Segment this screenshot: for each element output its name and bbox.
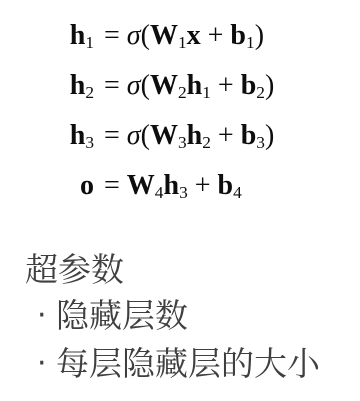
- equation-token: b: [241, 120, 257, 151]
- notes-heading: 超参数: [25, 248, 320, 292]
- equation-subscript: 4: [233, 184, 242, 203]
- equation-token: ): [265, 120, 274, 151]
- equation-subscript: 2: [256, 83, 265, 102]
- equation-lhs: h2: [30, 64, 94, 114]
- equation-line: h2= σ(W2h1 + b2): [30, 64, 274, 114]
- equation-lhs: o: [30, 164, 94, 214]
- equation-token: W: [150, 120, 178, 151]
- equation-lhs: h3: [30, 114, 94, 164]
- equation-token: =: [104, 170, 127, 201]
- bullet-icon: ·: [37, 340, 56, 388]
- equation-token: h: [70, 20, 86, 51]
- equation-token: h: [70, 70, 86, 101]
- equation-token: W: [150, 20, 178, 51]
- equation-lhs: h1: [30, 14, 94, 64]
- slide: { "colors": { "background": "#ffffff", "…: [0, 0, 360, 401]
- equation-token: σ: [127, 70, 141, 101]
- equation-subscript: 2: [202, 133, 211, 152]
- equation-token: +: [211, 70, 241, 101]
- equation-subscript: 1: [85, 33, 94, 52]
- equation-token: b: [230, 20, 246, 51]
- equation-token: =: [104, 120, 127, 151]
- equation-rhs: = W4h3 + b4: [104, 164, 242, 214]
- equation-token: x: [187, 20, 201, 51]
- equation-token: +: [211, 120, 241, 151]
- list-item-label: 隐藏层数: [56, 292, 188, 340]
- equation-token: h: [163, 170, 179, 201]
- equation-token: h: [187, 120, 203, 151]
- equation-line: h3= σ(W3h2 + b3): [30, 114, 274, 164]
- equation-subscript: 2: [85, 83, 94, 102]
- equation-token: h: [70, 120, 86, 151]
- equation-token: σ: [127, 20, 141, 51]
- equation-token: +: [188, 170, 218, 201]
- equation-rhs: = σ(W3h2 + b3): [104, 114, 274, 164]
- equation-token: +: [201, 20, 231, 51]
- equation-subscript: 3: [179, 184, 188, 203]
- equation-block: h1= σ(W1x + b1)h2= σ(W2h1 + b2)h3= σ(W3h…: [30, 14, 274, 215]
- notes-section: 超参数 · 隐藏层数 · 每层隐藏层的大小: [25, 248, 320, 388]
- equation-line: o= W4h3 + b4: [30, 164, 274, 214]
- equation-token: σ: [127, 120, 141, 151]
- list-item: · 隐藏层数: [25, 292, 320, 340]
- equation-token: o: [80, 170, 94, 201]
- notes-list: · 隐藏层数 · 每层隐藏层的大小: [25, 292, 320, 388]
- list-item-label: 每层隐藏层的大小: [56, 340, 320, 388]
- equation-token: h: [187, 70, 203, 101]
- equation-rhs: = σ(W2h1 + b2): [104, 64, 274, 114]
- equation-token: =: [104, 70, 127, 101]
- equation-token: W: [127, 170, 155, 201]
- equation-subscript: 3: [256, 133, 265, 152]
- equation-subscript: 1: [202, 83, 211, 102]
- equation-token: (: [141, 70, 150, 101]
- bullet-icon: ·: [37, 292, 56, 340]
- equation-subscript: 1: [246, 33, 255, 52]
- equation-token: b: [241, 70, 257, 101]
- list-item: · 每层隐藏层的大小: [25, 340, 320, 388]
- equation-token: (: [141, 120, 150, 151]
- equation-subscript: 2: [178, 83, 187, 102]
- equation-token: ): [255, 20, 264, 51]
- equation-token: =: [104, 20, 127, 51]
- equation-subscript: 3: [178, 133, 187, 152]
- equation-token: ): [265, 70, 274, 101]
- equation-token: (: [141, 20, 150, 51]
- equation-token: b: [218, 170, 234, 201]
- equation-subscript: 1: [178, 33, 187, 52]
- equation-subscript: 3: [85, 133, 94, 152]
- equation-token: W: [150, 70, 178, 101]
- equation-line: h1= σ(W1x + b1): [30, 14, 274, 64]
- equation-rhs: = σ(W1x + b1): [104, 14, 264, 64]
